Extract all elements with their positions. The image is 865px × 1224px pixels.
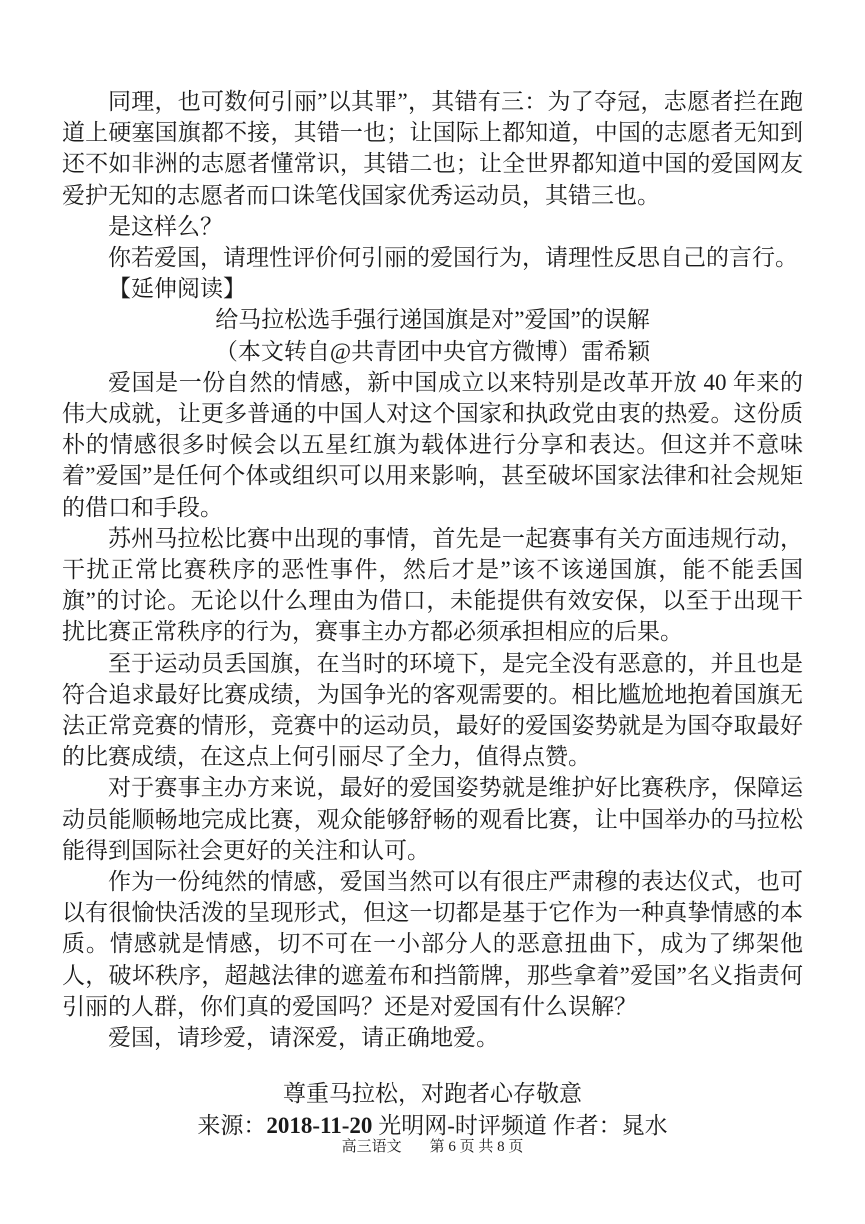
article-paragraph: 对于赛事主办方来说，最好的爱国姿势就是维护好比赛秩序，保障运动员能顺畅地完成比赛… [62, 772, 803, 866]
article-paragraph: 作为一份纯然的情感，爱国当然可以有很庄严肃穆的表达仪式，也可以有很愉快活泼的呈现… [62, 866, 803, 1022]
page-footer: 高三语文第 6 页 共 8 页 [0, 1136, 865, 1158]
intro-paragraph: 是这样么？ [62, 211, 803, 242]
article-title: 给马拉松选手强行递国旗是对”爱国”的误解 [62, 304, 803, 335]
intro-paragraph: 你若爱国，请理性评价何引丽的爱国行为，请理性反思自己的言行。 [62, 242, 803, 273]
page-content: 同理，也可数何引丽”以其罪”，其错有三：为了夺冠，志愿者拦在跑道上硬塞国旗都不接… [62, 86, 803, 1141]
source-date: 2018-11-20 [266, 1113, 372, 1138]
extended-reading-label: 【延伸阅读】 [62, 273, 803, 304]
article-paragraph: 爱国是一份自然的情感，新中国成立以来特别是改革开放 40 年来的伟大成就，让更多… [62, 367, 803, 523]
article-paragraph: 苏州马拉松比赛中出现的事情，首先是一起赛事有关方面违规行动，干扰正常比赛秩序的恶… [62, 523, 803, 648]
author-label: 作者： [553, 1113, 622, 1138]
article-paragraph: 爱国，请珍爱，请深爱，请正确地爱。 [62, 1022, 803, 1053]
document-page: 同理，也可数何引丽”以其罪”，其错有三：为了夺冠，志愿者拦在跑道上硬塞国旗都不接… [0, 0, 865, 1224]
intro-paragraph: 同理，也可数何引丽”以其罪”，其错有三：为了夺冠，志愿者拦在跑道上硬塞国旗都不接… [62, 86, 803, 211]
article-byline: （本文转自@共青团中央官方微博）雷希颖 [62, 336, 803, 367]
source-label: 来源： [197, 1113, 266, 1138]
article-paragraph: 至于运动员丢国旗，在当时的环境下，是完全没有恶意的，并且也是符合追求最好比赛成绩… [62, 648, 803, 773]
footer-page-info: 第 6 页 共 8 页 [430, 1139, 524, 1155]
author-name: 晁水 [622, 1113, 668, 1138]
second-article-title: 尊重马拉松，对跑者心存敬意 [62, 1078, 803, 1109]
source-channel: 光明网-时评频道 [378, 1113, 547, 1138]
footer-course: 高三语文 [342, 1139, 402, 1155]
